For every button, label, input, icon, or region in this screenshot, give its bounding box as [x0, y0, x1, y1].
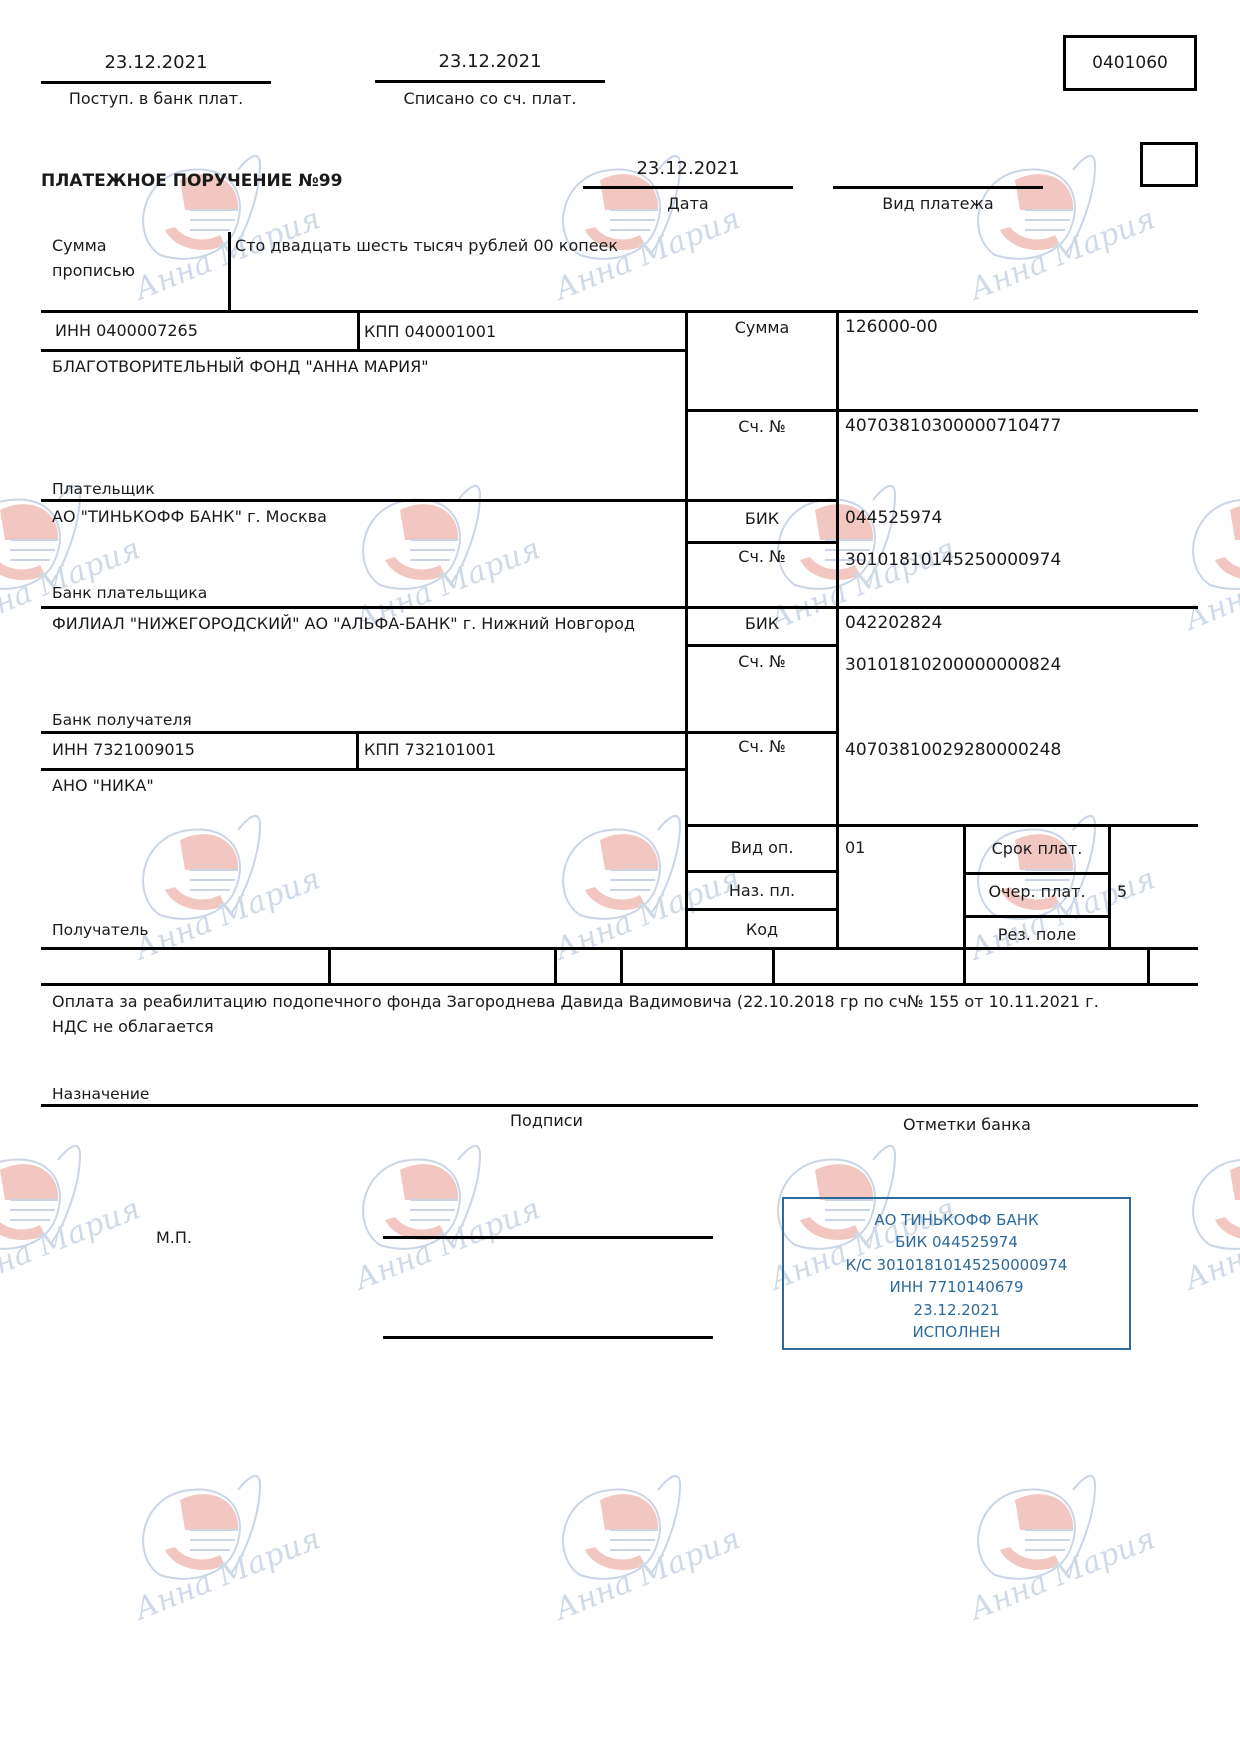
grid-line [41, 349, 686, 352]
payee-bank-bik-label: БИК [688, 614, 836, 633]
watermark-logo [120, 135, 320, 305]
payee-kpp: КПП 732101001 [364, 740, 496, 759]
grid-line [41, 731, 838, 734]
debited-date-line [375, 80, 605, 83]
payer-account-label: Сч. № [688, 417, 836, 436]
payer-bank-bik-label: БИК [688, 509, 836, 528]
purpose-line [41, 1104, 1198, 1107]
bank-stamp-line: 23.12.2021 [784, 1299, 1129, 1321]
payee-bank-account: 30101810200000000824 [845, 655, 1061, 675]
bank-marks-label: Отметки банка [903, 1115, 1031, 1134]
watermark-logo [955, 135, 1155, 305]
op-type-value: 01 [845, 838, 865, 857]
received-date-label: Поступ. в банк плат. [41, 89, 271, 108]
grid-line [356, 731, 359, 770]
grid-line [357, 310, 360, 351]
payer-kpp: КПП 040001001 [364, 322, 496, 341]
tax-field-divider [963, 948, 966, 984]
order-date-line [583, 186, 793, 189]
amount-value: 126000-00 [845, 317, 938, 337]
purpose-label: Назначение [52, 1085, 149, 1103]
amount-label: Сумма [688, 318, 836, 337]
grid-line [41, 499, 838, 502]
grid-line [686, 541, 838, 544]
tax-field-divider [620, 948, 623, 984]
signatures-label: Подписи [510, 1111, 583, 1130]
grid-line [686, 644, 838, 647]
purpose-line-2: НДС не облагается [52, 1017, 214, 1036]
payee-bank-name: ФИЛИАЛ "НИЖЕГОРОДСКИЙ" АО "АЛЬФА-БАНК" г… [52, 614, 635, 633]
grid-line [686, 409, 1198, 412]
bank-stamp-line: БИК 044525974 [784, 1231, 1129, 1253]
watermark-logo [120, 1455, 320, 1625]
watermark-logo [0, 1125, 140, 1295]
grid-line [963, 872, 1110, 875]
stamp-place-label: М.П. [156, 1228, 192, 1247]
payee-bank-bik: 042202824 [845, 613, 942, 633]
payee-label: Получатель [52, 921, 148, 939]
priority-value: 5 [1117, 882, 1127, 901]
grid-line [686, 870, 838, 873]
watermark-logo [120, 795, 320, 965]
op-type-label: Вид оп. [688, 838, 836, 857]
bank-stamp: АО ТИНЬКОФФ БАНК БИК 044525974 К/С 30101… [782, 1197, 1131, 1350]
grid-line [963, 915, 1110, 918]
received-date-line [41, 81, 271, 84]
tax-field-divider [1147, 948, 1150, 984]
grid-line [1108, 824, 1111, 950]
payer-account: 40703810300000710477 [845, 416, 1061, 436]
payee-bank-label: Банк получателя [52, 711, 192, 729]
payer-inn: ИНН 0400007265 [55, 321, 198, 340]
payment-type-label: Вид платежа [833, 194, 1043, 213]
debited-date-label: Списано со сч. плат. [375, 89, 605, 108]
payer-bank-label: Банк плательщика [52, 584, 207, 602]
payee-name: АНО "НИКА" [52, 776, 154, 795]
amount-words-label-2: прописью [52, 261, 135, 280]
amount-words-divider [228, 232, 231, 311]
payer-bank-bik: 044525974 [845, 508, 942, 528]
purpose-line-1: Оплата за реабилитацию подопечного фонда… [52, 992, 1099, 1011]
payee-inn: ИНН 7321009015 [52, 740, 195, 759]
order-date: 23.12.2021 [583, 158, 793, 179]
tax-field-divider [328, 948, 331, 984]
payer-bank-name: АО "ТИНЬКОФФ БАНК" г. Москва [52, 507, 327, 526]
bank-stamp-line: ИНН 7710140679 [784, 1276, 1129, 1298]
tax-field-divider [554, 948, 557, 984]
bank-stamp-line: ИСПОЛНЕН [784, 1321, 1129, 1343]
payer-name: БЛАГОТВОРИТЕЛЬНЫЙ ФОНД "АННА МАРИЯ" [52, 357, 429, 376]
code-label: Код [688, 920, 836, 939]
amount-words-label-1: Сумма [52, 236, 107, 255]
due-date-label: Срок плат. [966, 839, 1108, 858]
grid-line [41, 606, 1198, 609]
payer-bank-account-label: Сч. № [688, 547, 836, 566]
status-box [1140, 142, 1198, 187]
grid-line [41, 310, 1198, 313]
watermark-logo [1170, 465, 1240, 635]
watermark-logo [340, 1125, 540, 1295]
grid-line [41, 768, 686, 771]
grid-line [686, 824, 1198, 827]
bank-stamp-line: К/С 30101810145250000974 [784, 1254, 1129, 1276]
purpose-code-label: Наз. пл. [688, 881, 836, 900]
grid-line [836, 310, 839, 950]
grid-line [686, 908, 838, 911]
watermark-logo [955, 1455, 1155, 1625]
payer-bank-account: 30101810145250000974 [845, 550, 1061, 570]
payee-account: 40703810029280000248 [845, 740, 1061, 760]
watermark-logo [540, 1455, 740, 1625]
debited-date: 23.12.2021 [375, 51, 605, 72]
order-date-label: Дата [583, 194, 793, 213]
signature-line-1[interactable] [383, 1236, 713, 1239]
bank-stamp-line: АО ТИНЬКОФФ БАНК [784, 1209, 1129, 1231]
reserved-field-label: Рез. поле [966, 925, 1108, 944]
form-code-box: 0401060 [1063, 35, 1197, 91]
payee-bank-account-label: Сч. № [688, 652, 836, 671]
amount-words-value: Сто двадцать шесть тысяч рублей 00 копее… [235, 236, 618, 255]
signature-line-2[interactable] [383, 1336, 713, 1339]
watermark-logo [1170, 1125, 1240, 1295]
tax-field-divider [772, 948, 775, 984]
watermark-logo [540, 795, 740, 965]
payment-type-line [833, 186, 1043, 189]
page-title: ПЛАТЕЖНОЕ ПОРУЧЕНИЕ №99 [41, 171, 342, 191]
form-code: 0401060 [1066, 53, 1194, 73]
priority-label: Очер. плат. [966, 882, 1108, 901]
received-date: 23.12.2021 [41, 52, 271, 73]
watermark-logo [340, 465, 540, 635]
payee-account-label: Сч. № [688, 737, 836, 756]
payer-label: Плательщик [52, 480, 155, 498]
